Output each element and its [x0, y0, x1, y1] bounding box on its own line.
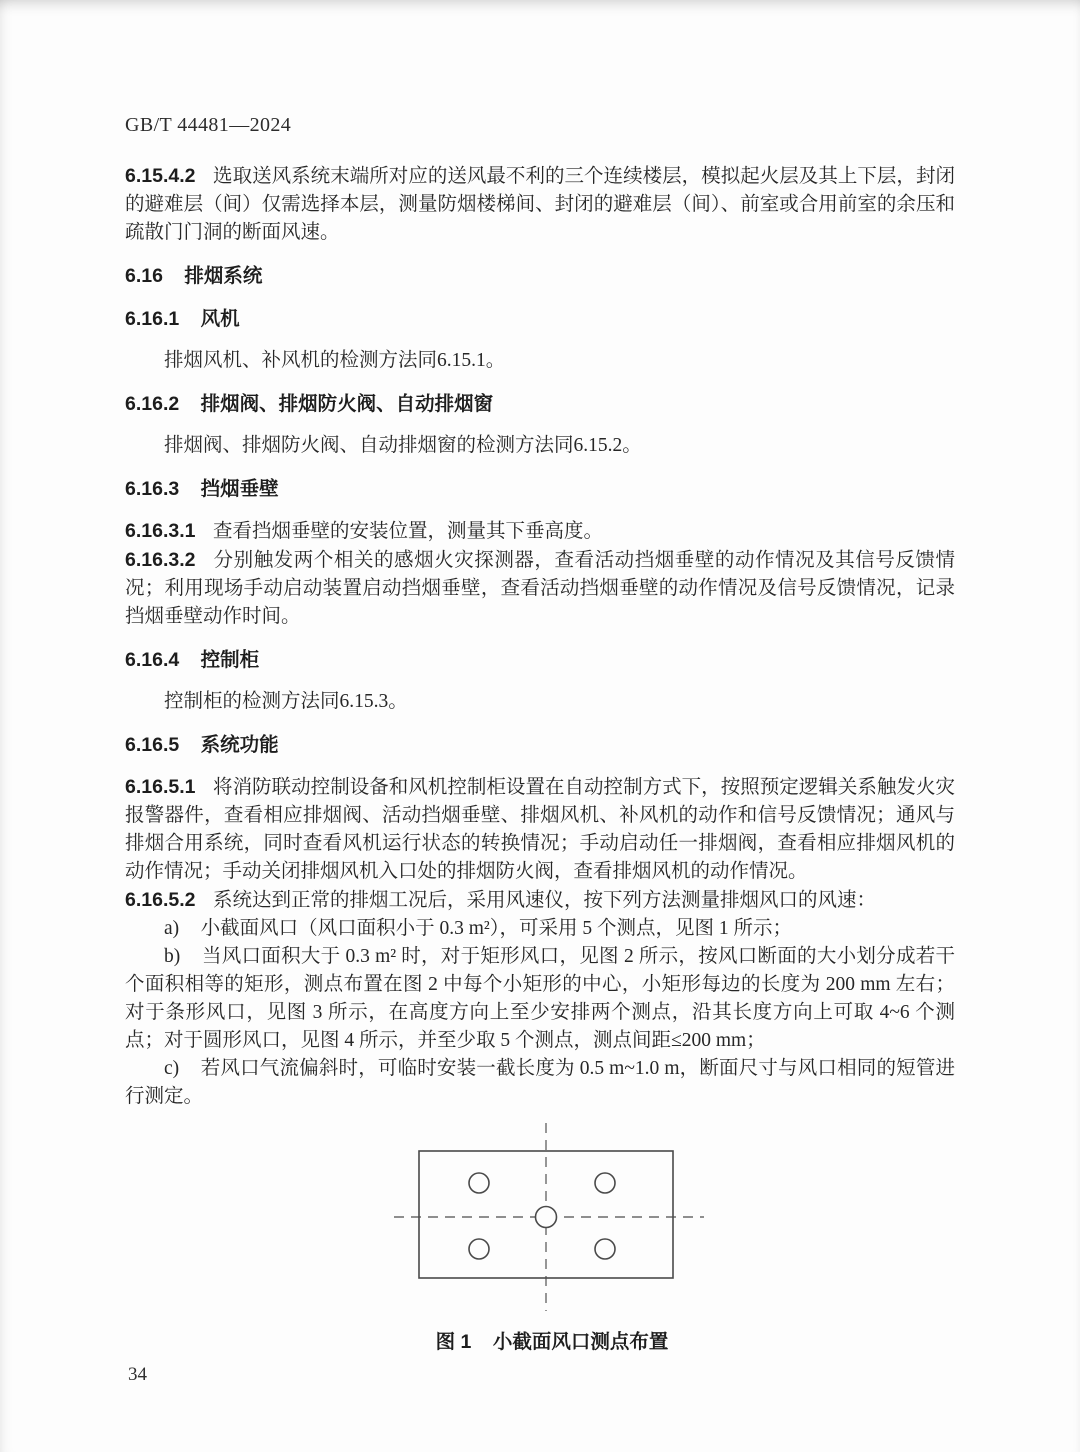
- heading-number: 6.16: [125, 265, 163, 287]
- clause-number: 6.16.3.2: [125, 549, 195, 571]
- list-item-b: b)当风口面积大于 0.3 m² 时，对于矩形风口，见图 2 所示，按风口断面的…: [125, 943, 955, 1055]
- clause-text: 将消防联动控制设备和风机控制柜设置在自动控制方式下，按照预定逻辑关系触发火灾报警…: [125, 777, 955, 882]
- figure-caption-label: 图 1: [436, 1331, 472, 1353]
- clause-text: 选取送风系统末端所对应的送风最不利的三个连续楼层，模拟起火层及其上下层，封闭的避…: [125, 166, 955, 243]
- list-text: 小截面风口（风口面积小于 0.3 m²），可采用 5 个测点，见图 1 所示；: [201, 918, 792, 939]
- clause-number: 6.15.4.2: [125, 165, 195, 187]
- para-valve-method: 排烟阀、排烟防火阀、自动排烟窗的检测方法同6.15.2。: [125, 432, 955, 460]
- measure-point-top-left: [469, 1173, 489, 1193]
- heading-6-16-1: 6.16.1风机: [125, 305, 955, 333]
- figure-1: [125, 1121, 955, 1313]
- heading-title: 排烟阀、排烟防火阀、自动排烟窗: [201, 393, 494, 415]
- document-page: GB/T 44481—2024 6.15.4.2选取送风系统末端所对应的送风最不…: [0, 0, 1080, 1452]
- heading-title: 排烟系统: [184, 265, 262, 287]
- measure-points-diagram: [393, 1121, 705, 1313]
- heading-title: 控制柜: [201, 649, 260, 671]
- para-cabinet-method: 控制柜的检测方法同6.15.3。: [125, 688, 955, 716]
- list-item-a: a)小截面风口（风口面积小于 0.3 m²），可采用 5 个测点，见图 1 所示…: [125, 915, 955, 943]
- heading-number: 6.16.5: [125, 734, 179, 756]
- heading-6-16-5: 6.16.5系统功能: [125, 731, 955, 759]
- clause-number: 6.16.5.1: [125, 776, 195, 798]
- list-text: 若风口气流偏斜时，可临时安装一截长度为 0.5 m~1.0 m，断面尺寸与风口相…: [125, 1058, 955, 1107]
- clause-number: 6.16.3.1: [125, 520, 195, 542]
- figure-1-caption: 图 1小截面风口测点布置: [125, 1329, 955, 1355]
- clause-6-16-3-2: 6.16.3.2分别触发两个相关的感烟火灾探测器，查看活动挡烟垂壁的动作情况及其…: [125, 546, 955, 631]
- heading-6-16-4: 6.16.4控制柜: [125, 646, 955, 674]
- clause-6-16-5-1: 6.16.5.1将消防联动控制设备和风机控制柜设置在自动控制方式下，按照预定逻辑…: [125, 773, 955, 886]
- heading-title: 系统功能: [201, 734, 279, 756]
- standard-number-header: GB/T 44481—2024: [125, 112, 955, 138]
- heading-number: 6.16.3: [125, 478, 179, 500]
- measure-point-bottom-left: [469, 1239, 489, 1259]
- heading-6-16-3: 6.16.3挡烟垂壁: [125, 475, 955, 503]
- heading-6-16-2: 6.16.2排烟阀、排烟防火阀、自动排烟窗: [125, 390, 955, 418]
- clause-6-16-3-1: 6.16.3.1查看挡烟垂壁的安装位置，测量其下垂高度。: [125, 517, 955, 546]
- clause-number: 6.16.5.2: [125, 889, 195, 911]
- heading-title: 挡烟垂壁: [201, 478, 279, 500]
- page-number: 34: [128, 1364, 147, 1386]
- list-marker: c): [164, 1058, 179, 1079]
- heading-number: 6.16.4: [125, 649, 179, 671]
- heading-6-16: 6.16排烟系统: [125, 262, 955, 290]
- measure-point-bottom-right: [595, 1239, 615, 1259]
- measure-point-top-right: [595, 1173, 615, 1193]
- measure-point-center: [536, 1207, 557, 1228]
- figure-caption-title: 小截面风口测点布置: [493, 1331, 669, 1353]
- list-marker: b): [164, 946, 180, 967]
- para-fan-method: 排烟风机、补风机的检测方法同6.15.1。: [125, 347, 955, 375]
- heading-number: 6.16.2: [125, 393, 179, 415]
- list-text: 当风口面积大于 0.3 m² 时，对于矩形风口，见图 2 所示，按风口断面的大小…: [125, 946, 955, 1051]
- list-item-c: c)若风口气流偏斜时，可临时安装一截长度为 0.5 m~1.0 m，断面尺寸与风…: [125, 1055, 955, 1111]
- clause-text: 系统达到正常的排烟工况后，采用风速仪，按下列方法测量排烟风口的风速：: [213, 890, 876, 911]
- heading-number: 6.16.1: [125, 308, 179, 330]
- clause-text: 分别触发两个相关的感烟火灾探测器，查看活动挡烟垂壁的动作情况及其信号反馈情况；利…: [125, 550, 955, 627]
- list-marker: a): [164, 918, 179, 939]
- clause-6-15-4-2: 6.15.4.2选取送风系统末端所对应的送风最不利的三个连续楼层，模拟起火层及其…: [125, 162, 955, 247]
- heading-title: 风机: [201, 308, 240, 330]
- clause-text: 查看挡烟垂壁的安装位置，测量其下垂高度。: [213, 521, 603, 542]
- clause-6-16-5-2: 6.16.5.2系统达到正常的排烟工况后，采用风速仪，按下列方法测量排烟风口的风…: [125, 886, 955, 915]
- page-content: GB/T 44481—2024 6.15.4.2选取送风系统末端所对应的送风最不…: [0, 0, 1080, 1355]
